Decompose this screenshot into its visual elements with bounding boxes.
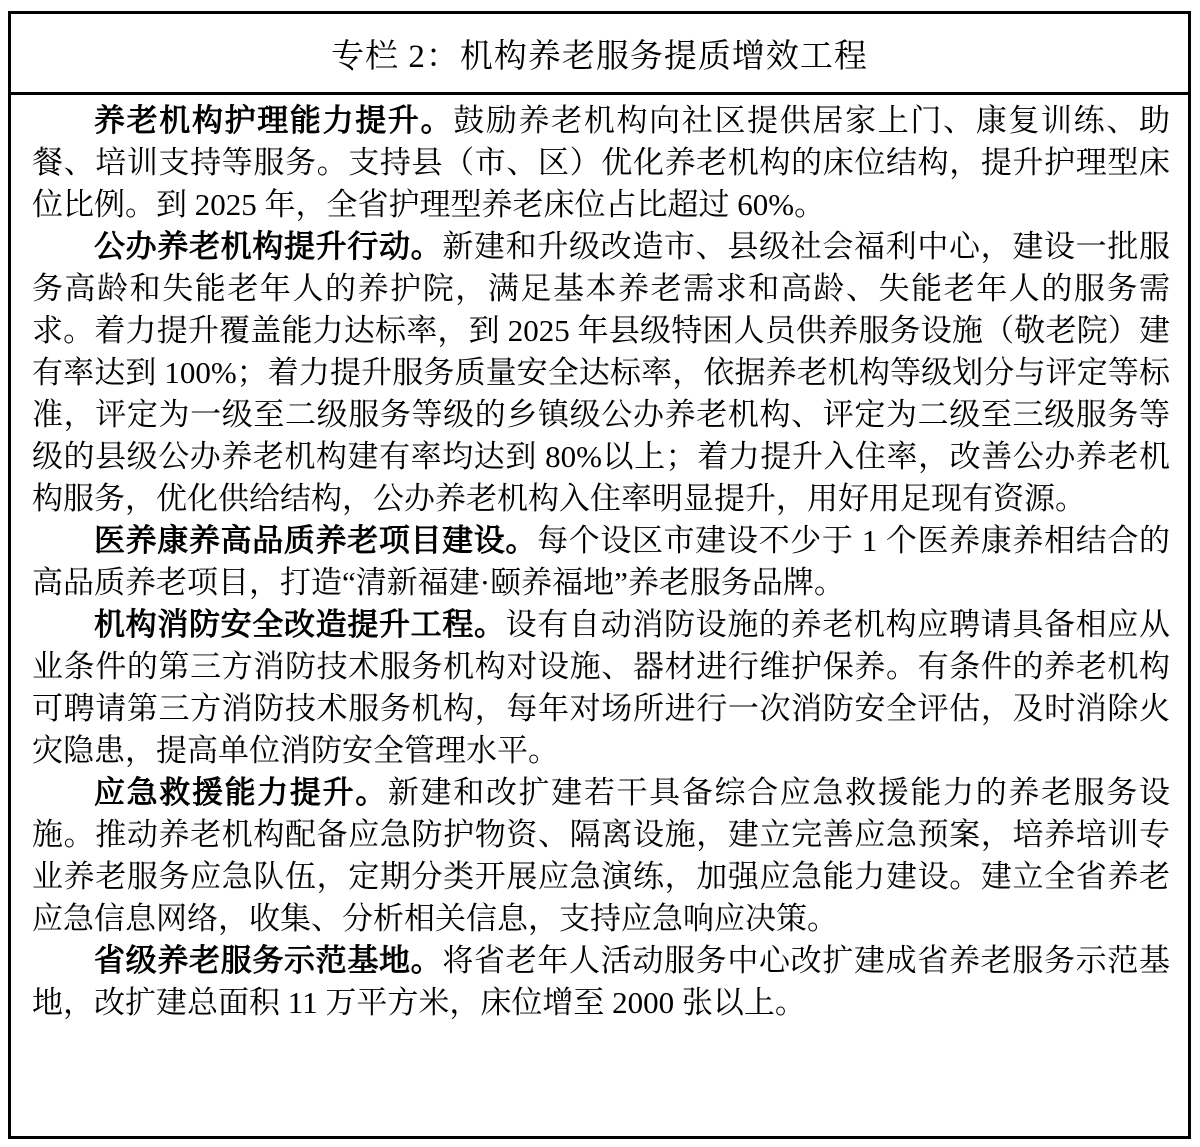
paragraph-heading: 应急救援能力提升。 <box>94 775 388 810</box>
paragraph: 机构消防安全改造提升工程。设有自动消防设施的养老机构应聘请具备相应从业条件的第三… <box>32 604 1170 772</box>
paragraph-heading: 公办养老机构提升行动。 <box>94 229 442 264</box>
paragraph-heading: 医养康养高品质养老项目建设。 <box>94 523 537 558</box>
feature-box-header: 专栏 2：机构养老服务提质增效工程 <box>11 14 1188 95</box>
feature-box-title: 专栏 2：机构养老服务提质增效工程 <box>331 30 868 77</box>
paragraph-heading: 养老机构护理能力提升。 <box>94 103 453 138</box>
paragraph: 养老机构护理能力提升。鼓励养老机构向社区提供居家上门、康复训练、助餐、培训支持等… <box>32 100 1170 226</box>
paragraph: 省级养老服务示范基地。将省老年人活动服务中心改扩建成省养老服务示范基地，改扩建总… <box>32 940 1170 1024</box>
paragraph: 医养康养高品质养老项目建设。每个设区市建设不少于 1 个医养康养相结合的高品质养… <box>32 520 1170 604</box>
document-page: 专栏 2：机构养老服务提质增效工程 养老机构护理能力提升。鼓励养老机构向社区提供… <box>0 0 1200 1147</box>
paragraph: 应急救援能力提升。新建和改扩建若干具备综合应急救援能力的养老服务设施。推动养老机… <box>32 772 1170 940</box>
feature-box-body: 养老机构护理能力提升。鼓励养老机构向社区提供居家上门、康复训练、助餐、培训支持等… <box>11 95 1188 1024</box>
paragraph-heading: 机构消防安全改造提升工程。 <box>94 607 506 642</box>
paragraph-heading: 省级养老服务示范基地。 <box>94 943 442 978</box>
paragraph-text: 新建和升级改造市、县级社会福利中心，建设一批服务高龄和失能老年人的养护院，满足基… <box>32 229 1170 516</box>
feature-box: 专栏 2：机构养老服务提质增效工程 养老机构护理能力提升。鼓励养老机构向社区提供… <box>8 11 1191 1139</box>
paragraph: 公办养老机构提升行动。新建和升级改造市、县级社会福利中心，建设一批服务高龄和失能… <box>32 226 1170 520</box>
